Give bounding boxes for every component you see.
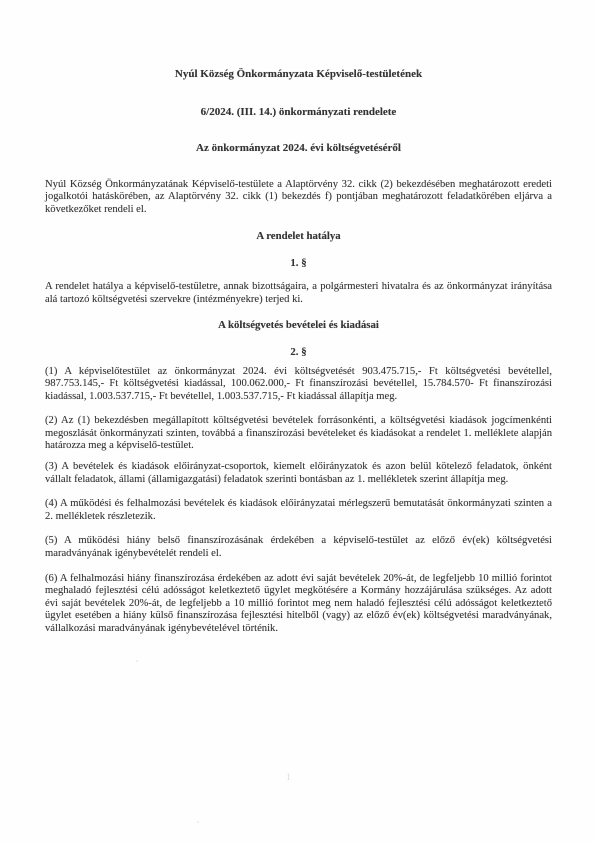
section-1-paragraph-mark: 1. § <box>45 257 552 270</box>
section-1-heading: A rendelet hatálya <box>45 230 552 243</box>
section-2-item-6: (6) A felhalmozási hiány finanszírozása … <box>45 573 552 635</box>
document-content: Nyúl Község Önkormányzata Képviselő-test… <box>0 0 595 635</box>
document-title-decree-number: 6/2024. (III. 14.) önkormányzati rendele… <box>45 106 552 119</box>
preamble-paragraph: Nyúl Község Önkormányzatának Képviselő-t… <box>45 179 552 216</box>
section-2-item-2: (2) Az (1) bekezdésben megállapított köl… <box>45 415 552 452</box>
section-2-item-3: (3) A bevételek és kiadások előirányzat-… <box>45 461 552 486</box>
section-2-paragraph-mark: 2. § <box>45 346 552 359</box>
document-title-organization: Nyúl Község Önkormányzata Képviselő-test… <box>45 68 552 81</box>
scan-noise-speck <box>197 821 199 823</box>
document-page: Nyúl Község Önkormányzata Képviselő-test… <box>0 0 595 842</box>
section-2-heading: A költségvetés bevételei és kiadásai <box>45 319 552 332</box>
section-1-body: A rendelet hatálya a képviselő-testületr… <box>45 281 552 306</box>
scan-noise-speck <box>136 660 138 662</box>
document-title-subject: Az önkormányzat 2024. évi költségvetésér… <box>45 142 552 155</box>
page-number: 1 <box>286 773 291 783</box>
section-2-item-4: (4) A működési és felhalmozási bevételek… <box>45 498 552 523</box>
section-2-item-5: (5) A működési hiány belső finanszírozás… <box>45 535 552 560</box>
section-2-item-1: (1) A képviselőtestület az önkormányzat … <box>45 366 552 403</box>
